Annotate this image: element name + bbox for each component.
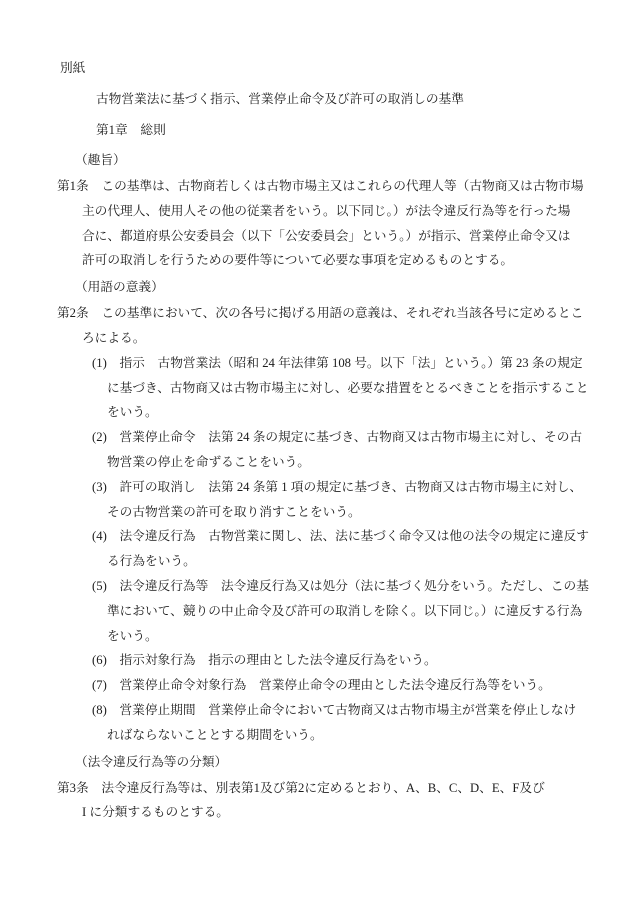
item-1-line: (1) 指示 古物営業法（昭和 24 年法律第 108 号。以下「法」という。）… [0,351,630,376]
section-header-purpose: （趣旨） [0,146,630,174]
chapter-heading: 第1章 総則 [0,115,630,146]
item-2-line: (2) 営業停止命令 法第 24 条の規定に基づき、古物商又は古物市場主に対し、… [0,425,630,450]
article-1-line: 許可の取消しを行うための要件等について必要な事項を定めるものとする。 [0,248,630,273]
item-5-line: をいう。 [0,624,630,649]
article-1-line: 第1条 この基準は、古物商若しくは古物市場主又はこれらの代理人等（古物商又は古物… [0,174,630,199]
article-2-line: 第2条 この基準において、次の各号に掲げる用語の意義は、それぞれ当該各号に定める… [0,301,630,326]
attachment-label: 別紙 [0,53,630,84]
article-2-line: ろによる。 [0,326,630,351]
article-1-line: 主の代理人、使用人その他の従業者をいう。以下同じ。）が法令違反行為等を行った場 [0,199,630,224]
item-2-line: 物営業の停止を命ずることをいう。 [0,450,630,475]
item-4-line: る行為をいう。 [0,549,630,574]
item-5-line: (5) 法令違反行為等 法令違反行為又は処分（法に基づく処分をいう。ただし、この… [0,574,630,599]
document-title: 古物営業法に基づく指示、営業停止命令及び許可の取消しの基準 [0,84,630,115]
document-page: 別紙 古物営業法に基づく指示、営業停止命令及び許可の取消しの基準 第1章 総則 … [0,0,630,903]
item-6-line: (6) 指示対象行為 指示の理由とした法令違反行為をいう。 [0,648,630,673]
item-8-line: ればならないこととする期間をいう。 [0,723,630,748]
item-1-line: に基づき、古物商又は古物市場主に対し、必要な措置をとるべきことを指示すること [0,376,630,401]
item-1-line: をいう。 [0,400,630,425]
item-4-line: (4) 法令違反行為 古物営業に関し、法、法に基づく命令又は他の法令の規定に違反… [0,524,630,549]
item-3-line: (3) 許可の取消し 法第 24 条第 1 項の規定に基づき、古物商又は古物市場… [0,475,630,500]
article-1-line: 合に、都道府県公安委員会（以下「公安委員会」という。）が指示、営業停止命令又は [0,224,630,249]
item-5-line: 準において、競りの中止命令及び許可の取消しを除く。以下同じ。）に違反する行為 [0,599,630,624]
item-7-line: (7) 営業停止命令対象行為 営業停止命令の理由とした法令違反行為等をいう。 [0,673,630,698]
article-3-line: I に分類するものとする。 [0,800,630,825]
article-3-line: 第3条 法令違反行為等は、別表第1及び第2に定めるとおり、A、B、C、D、E、F… [0,776,630,801]
section-header-classification: （法令違反行為等の分類） [0,748,630,776]
item-8-line: (8) 営業停止期間 営業停止命令において古物商又は古物市場主が営業を停止しなけ [0,698,630,723]
section-header-terms: （用語の意義） [0,273,630,301]
item-3-line: その古物営業の許可を取り消すことをいう。 [0,500,630,525]
